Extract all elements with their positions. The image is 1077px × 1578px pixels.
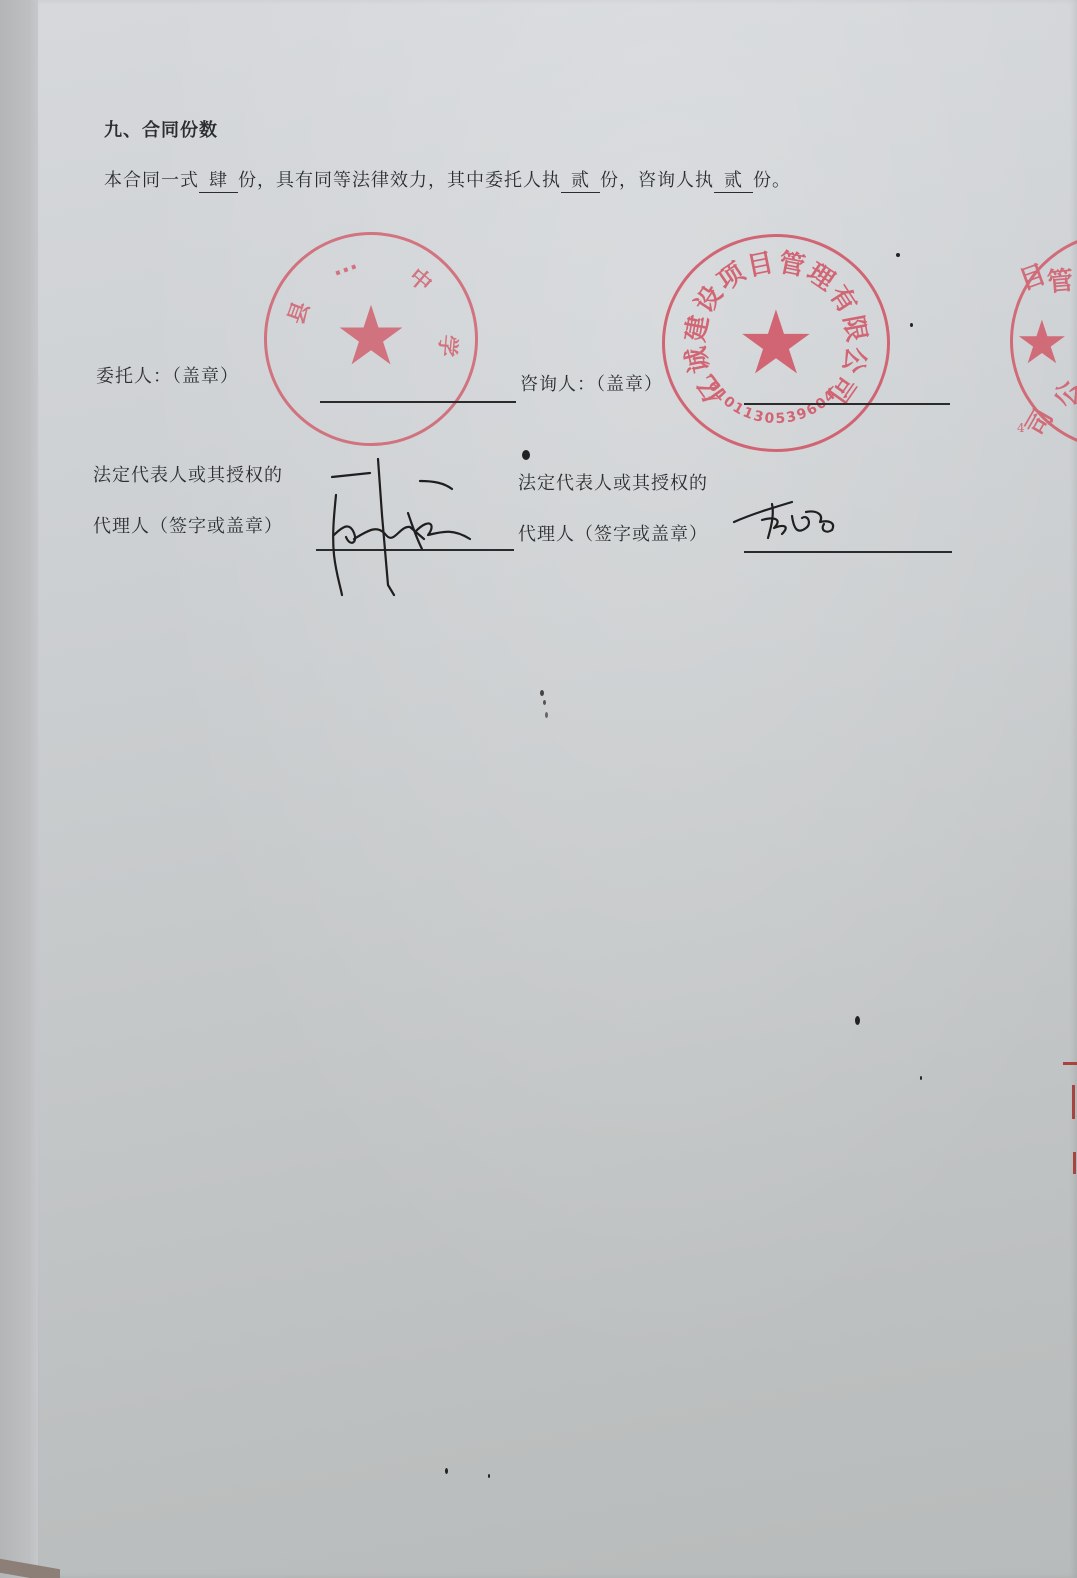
ink-speck (855, 1016, 860, 1025)
consultant-rep-label-line2: 代理人（签字或盖章） (518, 520, 708, 546)
client-signature (320, 455, 490, 605)
copies-sentence: 本合同一式肆份，具有同等法律效力，其中委托人执贰份，咨询人执贰份。 (104, 166, 791, 193)
ink-speck (488, 1474, 490, 1478)
seal-fragment-mark (1063, 1062, 1077, 1065)
client-copies-value: 贰 (561, 166, 600, 193)
consultant-copies-value: 贰 (714, 166, 753, 193)
ink-speck (445, 1468, 448, 1474)
ink-speck (910, 323, 913, 327)
ink-speck (540, 690, 544, 696)
seal-fragment-mark (1072, 1085, 1075, 1119)
consultant-seal-line (744, 403, 950, 405)
adjacent-page-edge (0, 0, 42, 1578)
consultant-seal-number: 6101130539604 (665, 237, 887, 449)
ink-speck (543, 700, 546, 705)
client-seal-text: 县 ... 中 学 (267, 235, 475, 443)
client-rep-label-line1: 法定代表人或其授权的 (93, 461, 283, 487)
total-copies-value: 肆 (199, 166, 238, 193)
document-page (38, 0, 1077, 1578)
consultant-seal: ★ 亿诚建设项目管理有限公司 6101130539604 (662, 234, 890, 452)
seal-fragment-mark (1073, 1152, 1076, 1174)
client-seal-line (320, 401, 516, 403)
section-heading: 九、合同份数 (104, 116, 218, 142)
consultant-signature (732, 490, 852, 550)
consultant-rep-label-line1: 法定代表人或其授权的 (518, 469, 708, 495)
client-rep-label-line2: 代理人（签字或盖章） (93, 512, 283, 538)
sentence-part-2: 份，具有同等法律效力，其中委托人执 (238, 170, 561, 191)
edge-seal-fragment: 目 管 ★ 公 司 4 (1010, 232, 1077, 450)
sentence-part-4: 份。 (753, 170, 791, 191)
ink-speck (920, 1076, 922, 1080)
client-seal-label: 委托人：（盖章） (96, 362, 239, 388)
ink-speck (545, 712, 548, 718)
consultant-signature-line (744, 551, 952, 553)
consultant-seal-label: 咨询人：（盖章） (520, 370, 663, 396)
sentence-part-1: 本合同一式 (104, 170, 199, 191)
seal-star-icon: ★ (1015, 313, 1069, 373)
client-seal: ★ 县 ... 中 学 (264, 232, 478, 446)
ink-speck (522, 450, 530, 460)
ink-speck (896, 253, 900, 257)
sentence-part-3: 份，咨询人执 (600, 170, 714, 191)
